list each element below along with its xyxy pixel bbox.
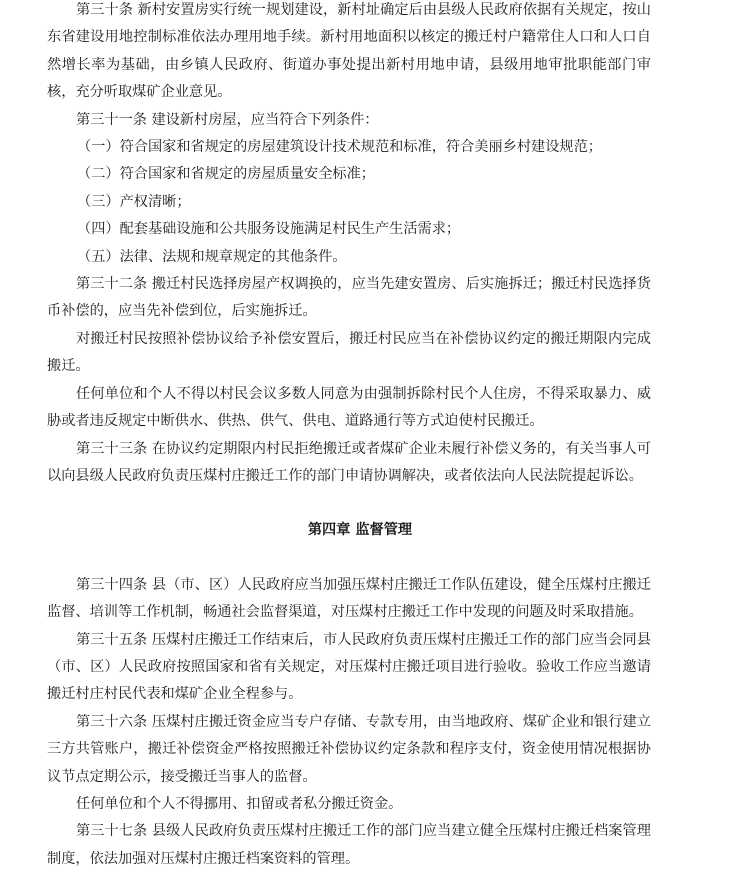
- article-35: 第三十五条 压煤村庄搬迁工作结束后，市人民政府负责压煤村庄搬迁工作的部门应当会同…: [47, 627, 651, 709]
- article-34: 第三十四条 县（市、区）人民政府应当加强压煤村庄搬迁工作队伍建设，健全压煤村庄搬…: [47, 572, 651, 627]
- article-31-item-4: （四）配套基础设施和公共服务设施满足村民生产生活需求；: [47, 216, 651, 243]
- article-30: 第三十条 新村安置房实行统一规划建设，新村址确定后由县级人民政府依据有关规定，按…: [47, 0, 651, 107]
- article-32: 第三十二条 搬迁村民选择房屋产权调换的，应当先建安置房、后实施拆迁；搬迁村民选择…: [47, 271, 651, 326]
- article-31: 第三十一条 建设新村房屋，应当符合下列条件：: [47, 107, 651, 134]
- article-36: 第三十六条 压煤村庄搬迁资金应当专户存储、专款专用，由当地政府、煤矿企业和银行建…: [47, 709, 651, 791]
- article-36-para-2: 任何单位和个人不得挪用、扣留或者私分搬迁资金。: [47, 791, 651, 818]
- spacer: [47, 490, 651, 517]
- article-31-item-2: （二）符合国家和省规定的房屋质量安全标准；: [47, 161, 651, 188]
- chapter-title: 第四章 监督管理: [47, 517, 651, 544]
- document-body: 第三十条 新村安置房实行统一规划建设，新村址确定后由县级人民政府依据有关规定，按…: [47, 0, 651, 873]
- article-31-item-1: （一）符合国家和省规定的房屋建筑设计技术规范和标准，符合美丽乡村建设规范；: [47, 134, 651, 161]
- article-31-item-3: （三）产权清晰；: [47, 189, 651, 216]
- article-32-para-2: 对搬迁村民按照补偿协议给予补偿安置后，搬迁村民应当在补偿协议约定的搬迁期限内完成…: [47, 326, 651, 381]
- spacer: [47, 545, 651, 572]
- article-33: 第三十三条 在协议约定期限内村民拒绝搬迁或者煤矿企业未履行补偿义务的，有关当事人…: [47, 436, 651, 491]
- article-37: 第三十七条 县级人民政府负责压煤村庄搬迁工作的部门应当建立健全压煤村庄搬迁档案管…: [47, 818, 651, 873]
- article-31-item-5: （五）法律、法规和规章规定的其他条件。: [47, 244, 651, 271]
- article-32-para-3: 任何单位和个人不得以村民会议多数人同意为由强制拆除村民个人住房，不得采取暴力、威…: [47, 381, 651, 436]
